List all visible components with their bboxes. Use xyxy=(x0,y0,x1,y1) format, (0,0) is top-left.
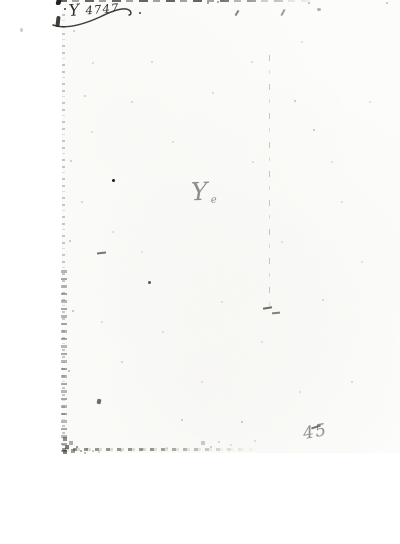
ink-speck xyxy=(139,12,141,14)
vertical-crease xyxy=(269,55,270,307)
center-shelfmark-handwriting: Ye xyxy=(191,179,214,205)
gray-speck xyxy=(317,8,321,11)
scanned-flyleaf-page: Y 4747 Ye 45 xyxy=(0,0,400,544)
shelfmark-handwriting: Y 4747 xyxy=(50,0,142,32)
ink-dot xyxy=(64,8,66,10)
paper-sheet xyxy=(62,0,400,453)
ink-speck xyxy=(148,281,151,284)
ink-speck xyxy=(112,179,115,182)
page-bottom-edge xyxy=(62,448,262,451)
dust-specks xyxy=(0,0,2,2)
faint-speck xyxy=(20,28,23,32)
corner-number-handwriting: 45 xyxy=(301,420,329,444)
center-mark-letter: Y xyxy=(191,177,209,207)
center-mark-small-letter: e xyxy=(211,195,217,206)
bottom-left-corner-dirt xyxy=(62,434,64,436)
page-left-edge xyxy=(62,14,65,452)
